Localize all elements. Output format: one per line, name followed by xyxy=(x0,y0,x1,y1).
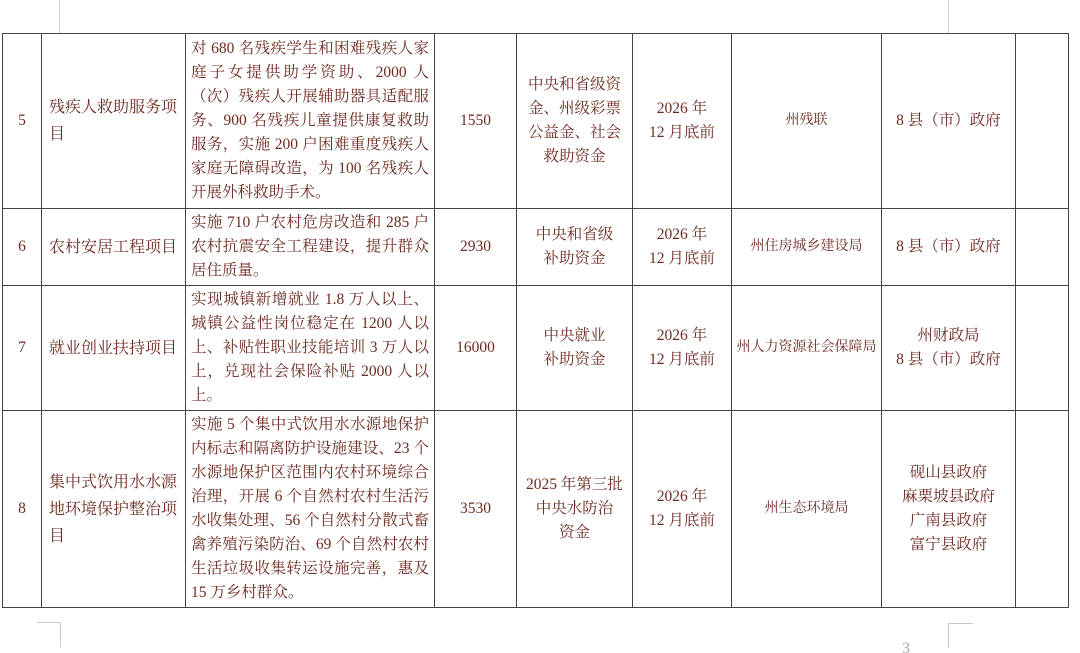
document-page: { "page": { "page_number": "3" }, "color… xyxy=(0,0,1080,653)
cell-amount: 2930 xyxy=(435,209,517,286)
cell-funding-source: 中央和省级 补助资金 xyxy=(517,209,633,286)
cell-implementing-unit: 8 县（市）政府 xyxy=(882,34,1016,209)
cell-funding-source: 中央就业 补助资金 xyxy=(517,286,633,411)
top-right-crop-mark xyxy=(948,0,949,33)
top-left-crop-mark xyxy=(59,0,60,33)
cell-remarks xyxy=(1016,286,1069,411)
project-table: 5 残疾人救助服务项目 对 680 名残疾学生和困难残疾人家庭子女提供助学资助、… xyxy=(2,33,1069,608)
cell-project-name: 残疾人救助服务项目 xyxy=(42,34,186,209)
bottom-left-crop-mark xyxy=(37,622,61,623)
cell-remarks xyxy=(1016,209,1069,286)
cell-row-number: 7 xyxy=(3,286,42,411)
cell-implementing-unit: 州财政局 8 县（市）政府 xyxy=(882,286,1016,411)
cell-responsible-unit: 州生态环境局 xyxy=(732,411,882,608)
bottom-right-crop-mark xyxy=(948,623,973,624)
cell-funding-source: 中央和省级资 金、州级彩票 公益金、社会 救助资金 xyxy=(517,34,633,209)
cell-project-description: 对 680 名残疾学生和困难残疾人家庭子女提供助学资助、2000 人（次）残疾人… xyxy=(186,34,435,209)
cell-project-name: 集中式饮用水水源地环境保护整治项目 xyxy=(42,411,186,608)
cell-responsible-unit: 州住房城乡建设局 xyxy=(732,209,882,286)
cell-implementing-unit: 砚山县政府 麻栗坡县政府 广南县政府 富宁县政府 xyxy=(882,411,1016,608)
cell-responsible-unit: 州人力资源社会保障局 xyxy=(732,286,882,411)
cell-funding-source: 2025 年第三批 中央水防治 资金 xyxy=(517,411,633,608)
cell-deadline: 2026 年 12 月底前 xyxy=(633,411,732,608)
cell-implementing-unit: 8 县（市）政府 xyxy=(882,209,1016,286)
cell-deadline: 2026 年 12 月底前 xyxy=(633,209,732,286)
cell-project-description: 实现城镇新增就业 1.8 万人以上、城镇公益性岗位稳定在 1200 人以上、补贴… xyxy=(186,286,435,411)
cell-amount: 3530 xyxy=(435,411,517,608)
cell-amount: 16000 xyxy=(435,286,517,411)
cell-project-description: 实施 5 个集中式饮用水水源地保护内标志和隔离防护设施建设、23 个水源地保护区… xyxy=(186,411,435,608)
table-row: 8 集中式饮用水水源地环境保护整治项目 实施 5 个集中式饮用水水源地保护内标志… xyxy=(3,411,1069,608)
cell-remarks xyxy=(1016,34,1069,209)
table-row: 7 就业创业扶持项目 实现城镇新增就业 1.8 万人以上、城镇公益性岗位稳定在 … xyxy=(3,286,1069,411)
table-row: 5 残疾人救助服务项目 对 680 名残疾学生和困难残疾人家庭子女提供助学资助、… xyxy=(3,34,1069,209)
cell-row-number: 8 xyxy=(3,411,42,608)
cell-deadline: 2026 年 12 月底前 xyxy=(633,286,732,411)
cell-project-description: 实施 710 户农村危房改造和 285 户农村抗震安全工程建设，提升群众居住质量… xyxy=(186,209,435,286)
bottom-right-crop-mark xyxy=(948,623,949,648)
table-row: 6 农村安居工程项目 实施 710 户农村危房改造和 285 户农村抗震安全工程… xyxy=(3,209,1069,286)
cell-amount: 1550 xyxy=(435,34,517,209)
cell-deadline: 2026 年 12 月底前 xyxy=(633,34,732,209)
cell-row-number: 5 xyxy=(3,34,42,209)
cell-remarks xyxy=(1016,411,1069,608)
cell-responsible-unit: 州残联 xyxy=(732,34,882,209)
cell-project-name: 农村安居工程项目 xyxy=(42,209,186,286)
cell-row-number: 6 xyxy=(3,209,42,286)
cell-project-name: 就业创业扶持项目 xyxy=(42,286,186,411)
page-number: 3 xyxy=(902,640,910,653)
project-table-grid: 5 残疾人救助服务项目 对 680 名残疾学生和困难残疾人家庭子女提供助学资助、… xyxy=(2,33,1069,608)
bottom-left-crop-mark xyxy=(60,622,61,647)
